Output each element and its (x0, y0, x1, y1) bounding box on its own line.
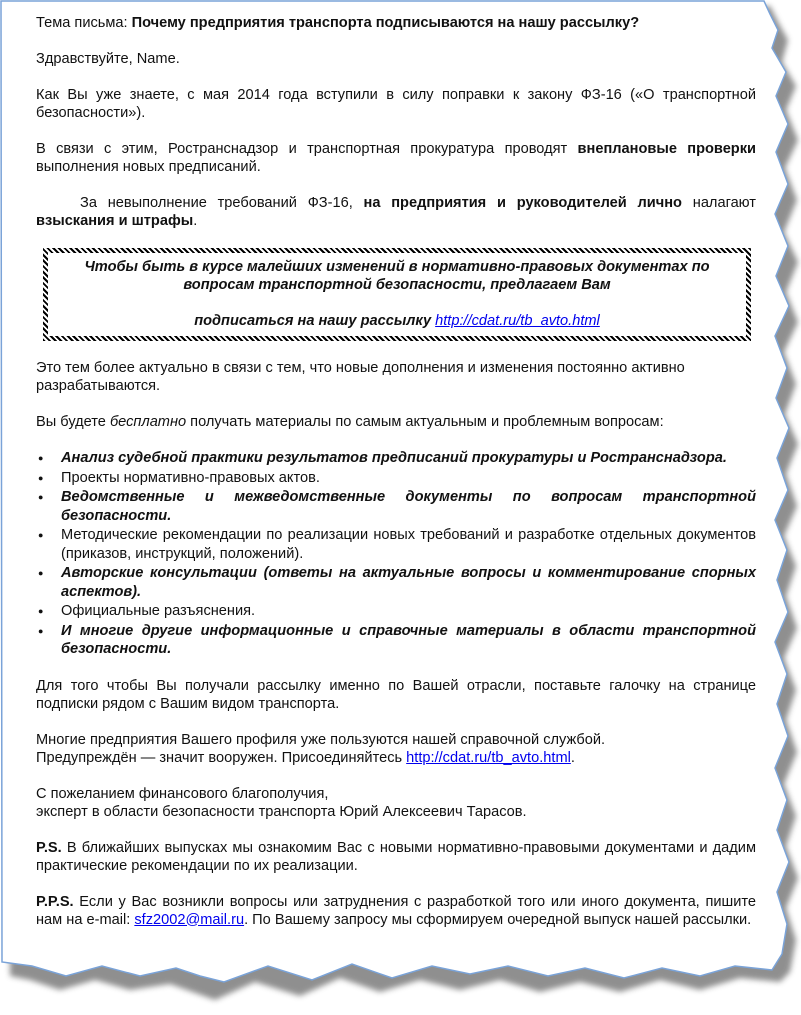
penalties-text-end: . (193, 213, 197, 229)
subscribe-callout-box: Чтобы быть в курсе малейших изменений в … (43, 248, 751, 341)
join-text-line1: Многие предприятия Вашего профиля уже по… (36, 732, 605, 748)
penalties-emphasis-1: на предприятия и руководителей лично (364, 195, 682, 211)
industry-note-paragraph: Для того чтобы Вы получали рассылку имен… (36, 677, 756, 713)
signature-author: эксперт в области безопасности транспорт… (36, 803, 756, 821)
pps-text-end: . По Вашему запросу мы сформируем очеред… (244, 912, 751, 928)
callout-subscribe-line: подписаться на нашу рассылку http://cdat… (54, 312, 740, 330)
email-link[interactable]: sfz2002@mail.ru (134, 912, 244, 928)
inspections-text: В связи с этим, Ространснадзор и транспо… (36, 141, 578, 157)
free-materials-intro: Вы будете бесплатно получать материалы п… (36, 413, 756, 431)
penalties-text-middle: налагают (682, 195, 756, 211)
subscribe-link[interactable]: http://cdat.ru/tb_avto.html (435, 313, 600, 329)
list-item: Авторские консультации (ответы на актуал… (36, 564, 756, 601)
greeting: Здравствуйте, Name. (36, 50, 756, 68)
join-text-line2: Предупреждён — значит вооружен. Присоеди… (36, 750, 406, 766)
callout-subscribe-text: подписаться на нашу рассылку (194, 313, 435, 329)
inspections-emphasis: внеплановые проверки (578, 141, 756, 157)
list-item: Проекты нормативно-правовых актов. (36, 469, 756, 488)
subject-line: Тема письма: Почему предприятия транспор… (36, 14, 756, 32)
callout-text: Чтобы быть в курсе малейших изменений в … (54, 258, 740, 294)
inspections-paragraph: В связи с этим, Ространснадзор и транспо… (36, 140, 756, 176)
list-item: Официальные разъяснения. (36, 602, 756, 621)
free-intro-emphasis: бесплатно (110, 414, 186, 430)
email-document: Тема письма: Почему предприятия транспор… (36, 14, 756, 947)
signature: С пожеланием финансового благополучия, э… (36, 785, 756, 821)
penalties-emphasis-2: взыскания и штрафы (36, 213, 193, 229)
list-item: Методические рекомендации по реализации … (36, 526, 756, 563)
subject-label: Тема письма: (36, 15, 128, 31)
list-item: Анализ судебной практики результатов пре… (36, 449, 756, 468)
relevance-paragraph: Это тем более актуально в связи с тем, ч… (36, 359, 756, 395)
penalties-text: За невыполнение требований ФЗ-16, (80, 195, 364, 211)
inspections-text-end: выполнения новых предписаний. (36, 159, 261, 175)
list-item: И многие другие информационные и справоч… (36, 622, 756, 659)
ps-paragraph: P.S. В ближайших выпусках мы ознакомим В… (36, 839, 756, 875)
free-intro-text-end: получать материалы по самым актуальным и… (186, 414, 664, 430)
list-item: Ведомственные и межведомственные докумен… (36, 488, 756, 525)
pps-paragraph: P.P.S. Если у Вас возникли вопросы или з… (36, 893, 756, 929)
join-text-end: . (571, 750, 575, 766)
ps-text: В ближайших выпусках мы ознакомим Вас с … (36, 840, 756, 874)
signature-closing: С пожеланием финансового благополучия, (36, 785, 756, 803)
materials-list: Анализ судебной практики результатов пре… (36, 449, 756, 659)
penalties-paragraph: За невыполнение требований ФЗ-16, на пре… (36, 194, 756, 230)
free-intro-text: Вы будете (36, 414, 110, 430)
pps-label: P.P.S. (36, 894, 74, 910)
ps-label: P.S. (36, 840, 62, 856)
subject-text: Почему предприятия транспорта подписываю… (132, 15, 640, 31)
intro-paragraph: Как Вы уже знаете, с мая 2014 года вступ… (36, 86, 756, 122)
join-link[interactable]: http://cdat.ru/tb_avto.html (406, 750, 571, 766)
join-paragraph: Многие предприятия Вашего профиля уже по… (36, 731, 756, 767)
